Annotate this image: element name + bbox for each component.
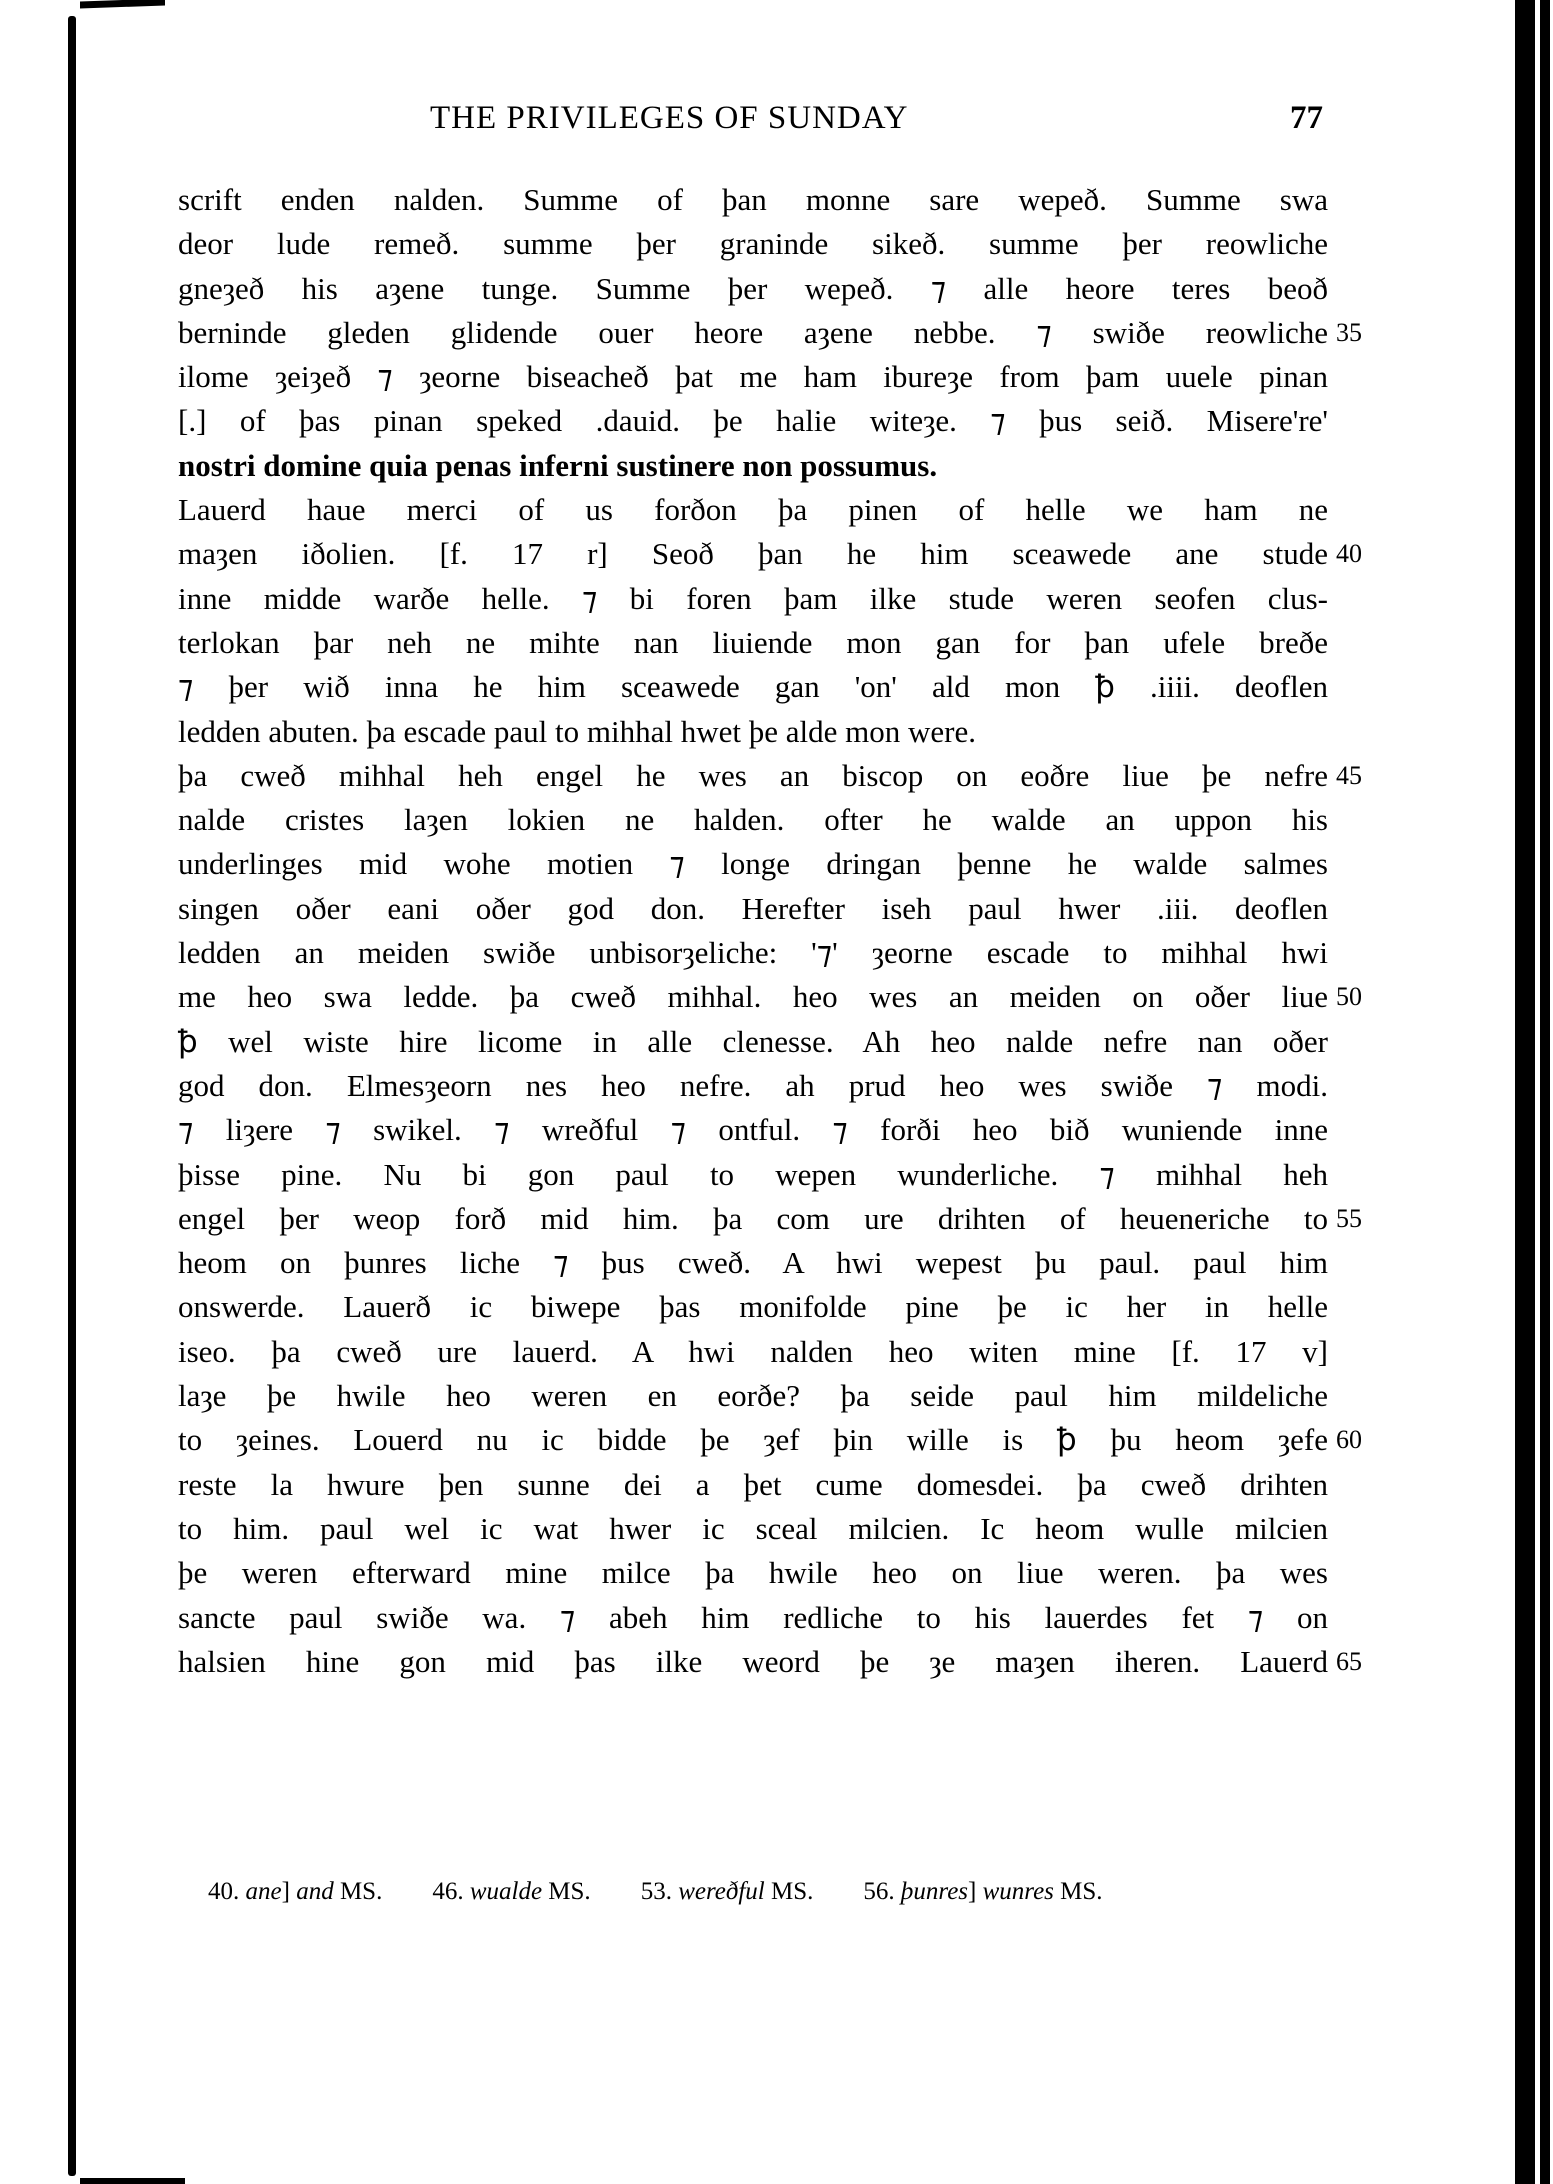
text-line: Lauerd haue merci of us forðon þa pinen … [178,488,1328,532]
text-line: laȝe þe hwile heo weren en eorðe? þa sei… [178,1374,1328,1418]
line-text: ledden an meiden swiðe unbisorȝeliche: '… [178,935,1328,970]
footnote-reading: wunres [983,1878,1054,1905]
line-text: deor lude remeð. summe þer graninde sike… [178,226,1328,261]
footnote-number: 40. [208,1878,246,1905]
line-text: iseo. þa cweð ure lauerd. A hwi nalden h… [178,1334,1328,1369]
footnote-reading: wualde [470,1878,542,1905]
text-line: terlokan þar neh ne mihte nan liuiende m… [178,621,1328,665]
text-line: nostri domine quia penas inferni sustine… [178,444,1328,488]
line-text: laȝe þe hwile heo weren en eorðe? þa sei… [178,1378,1328,1413]
text-line: gneȝeð his aȝene tunge. Summe þer wepeð.… [178,267,1328,311]
text-line: me heo swa ledde. þa cweð mihhal. heo we… [178,975,1328,1019]
line-number: 55 [1336,1197,1362,1241]
text-line: reste la hwure þen sunne dei a þet cume … [178,1463,1328,1507]
text-line: þe weren efterward mine milce þa hwile h… [178,1551,1328,1595]
footnote-lemma: þunres [901,1878,968,1905]
footnote-reading: wereðful [678,1878,765,1905]
text-line: deor lude remeð. summe þer graninde sike… [178,222,1328,266]
line-text: þisse pine. Nu bi gon paul to wepen wund… [178,1157,1328,1192]
text-line: onswerde. Lauerð ic biwepe þas monifolde… [178,1285,1328,1329]
page-edge-bottom [80,2178,185,2184]
line-text: halsien hine gon mid þas ilke weord þe ȝ… [178,1644,1328,1679]
line-text: nostri domine quia penas inferni sustine… [178,448,937,483]
line-number: 65 [1336,1640,1362,1684]
footnote-number: 46. [432,1878,470,1905]
text-line: engel þer weop forð mid him. þa com ure … [178,1197,1328,1241]
line-text: me heo swa ledde. þa cweð mihhal. heo we… [178,979,1328,1014]
line-text: gneȝeð his aȝene tunge. Summe þer wepeð.… [178,271,1328,306]
line-number: 35 [1336,311,1362,355]
text-line: heom on þunres liche ⁊ þus cweð. A hwi w… [178,1241,1328,1285]
line-number: 60 [1336,1418,1362,1462]
page-edge-top [80,0,165,8]
line-text: ledden abuten. þa escade paul to mihhal … [178,714,976,749]
scan-gutter-bar-outer [1540,0,1550,2184]
text-line: halsien hine gon mid þas ilke weord þe ȝ… [178,1640,1328,1684]
footnote: 53. wereðful MS. [641,1880,814,1904]
line-text: inne midde warðe helle. ⁊ bi foren þam i… [178,581,1328,616]
line-text: scrift enden nalden. Summe of þan monne … [178,182,1328,217]
footnote-number: 56. [863,1878,901,1905]
page-edge-left [68,16,76,2176]
text-line: inne midde warðe helle. ⁊ bi foren þam i… [178,577,1328,621]
text-line: singen oðer eani oðer god don. Herefter … [178,887,1328,931]
footnote-suffix: MS. [334,1878,383,1905]
line-text: nalde cristes laȝen lokien ne halden. of… [178,802,1328,837]
text-line: underlinges mid wohe motien ⁊ longe drin… [178,842,1328,886]
text-line: nalde cristes laȝen lokien ne halden. of… [178,798,1328,842]
line-text: heom on þunres liche ⁊ þus cweð. A hwi w… [178,1245,1328,1280]
running-title: THE PRIVILEGES OF SUNDAY [430,100,908,137]
line-text: singen oðer eani oðer god don. Herefter … [178,891,1328,926]
footnote-suffix: MS. [765,1878,814,1905]
footnote: 40. ane] and MS. [208,1880,382,1904]
text-line: þisse pine. Nu bi gon paul to wepen wund… [178,1153,1328,1197]
line-text: þa cweð mihhal heh engel he wes an bisco… [178,758,1328,793]
text-line: ledden an meiden swiðe unbisorȝeliche: '… [178,931,1328,975]
line-text: maȝen iðolien. [f. 17 r] Seoð þan he him… [178,536,1328,571]
line-text: onswerde. Lauerð ic biwepe þas monifolde… [178,1289,1328,1324]
text-line: berninde gleden glidende ouer heore aȝen… [178,311,1328,355]
footnote-reading: and [296,1878,334,1905]
text-line: ⁊ þer wið inna he him sceawede gan 'on' … [178,665,1328,709]
text-line: god don. Elmesȝeorn nes heo nefre. ah pr… [178,1064,1328,1108]
line-text: underlinges mid wohe motien ⁊ longe drin… [178,846,1328,881]
scan-gutter-bar [1515,0,1535,2184]
text-line: to him. paul wel ic wat hwer ic sceal mi… [178,1507,1328,1551]
text-line: ledden abuten. þa escade paul to mihhal … [178,710,1328,754]
line-text: þe weren efterward mine milce þa hwile h… [178,1555,1328,1590]
line-text: berninde gleden glidende ouer heore aȝen… [178,315,1328,350]
text-line: sancte paul swiðe wa. ⁊ abeh him redlich… [178,1596,1328,1640]
text-line: ilome ȝeiȝeð ⁊ ȝeorne biseacheð þat me h… [178,355,1328,399]
text-line: to ȝeines. Louerd nu ic bidde þe ȝef þin… [178,1418,1328,1462]
footnotes: 40. ane] and MS.46. wualde MS.53. wereðf… [208,1880,1153,1904]
line-number: 40 [1336,532,1362,576]
line-text: to him. paul wel ic wat hwer ic sceal mi… [178,1511,1328,1546]
line-text: [.] of þas pinan speked .dauid. þe halie… [178,403,1328,438]
line-number: 45 [1336,754,1362,798]
line-text: ⁊ liȝere ⁊ swikel. ⁊ wreðful ⁊ ontful. ⁊… [178,1112,1328,1147]
footnote-suffix: MS. [1054,1878,1103,1905]
line-text: engel þer weop forð mid him. þa com ure … [178,1201,1328,1236]
line-text: ⁊ þer wið inna he him sceawede gan 'on' … [178,669,1328,704]
text-line: scrift enden nalden. Summe of þan monne … [178,178,1328,222]
text-line: ⁊ liȝere ⁊ swikel. ⁊ wreðful ⁊ ontful. ⁊… [178,1108,1328,1152]
line-text: ilome ȝeiȝeð ⁊ ȝeorne biseacheð þat me h… [178,359,1328,394]
footnote: 56. þunres] wunres MS. [863,1880,1102,1904]
text-line: iseo. þa cweð ure lauerd. A hwi nalden h… [178,1330,1328,1374]
main-text-block: scrift enden nalden. Summe of þan monne … [178,178,1328,1684]
line-text: Lauerd haue merci of us forðon þa pinen … [178,492,1328,527]
footnote-suffix: MS. [542,1878,591,1905]
text-line: maȝen iðolien. [f. 17 r] Seoð þan he him… [178,532,1328,576]
line-text: god don. Elmesȝeorn nes heo nefre. ah pr… [178,1068,1328,1103]
line-text: terlokan þar neh ne mihte nan liuiende m… [178,625,1328,660]
line-text: to ȝeines. Louerd nu ic bidde þe ȝef þin… [178,1422,1328,1457]
footnote-lemma: ane [246,1878,282,1905]
text-line: þa cweð mihhal heh engel he wes an bisco… [178,754,1328,798]
line-text: reste la hwure þen sunne dei a þet cume … [178,1467,1328,1502]
page-number: 77 [1290,100,1323,137]
text-line: ꝥ wel wiste hire licome in alle clenesse… [178,1020,1328,1064]
footnote: 46. wualde MS. [432,1880,590,1904]
line-text: ꝥ wel wiste hire licome in alle clenesse… [178,1024,1328,1059]
line-text: sancte paul swiðe wa. ⁊ abeh him redlich… [178,1600,1328,1635]
line-number: 50 [1336,975,1362,1019]
footnote-number: 53. [641,1878,679,1905]
text-line: [.] of þas pinan speked .dauid. þe halie… [178,399,1328,443]
